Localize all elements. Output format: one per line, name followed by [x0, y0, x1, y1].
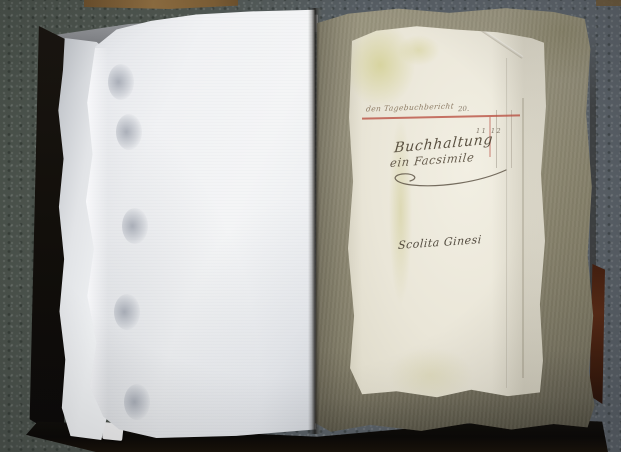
handwriting-signature: Scolita Ginesi [398, 233, 483, 252]
deckle-shadow [122, 208, 148, 244]
deckle-shadow [114, 294, 140, 330]
deckle-shadow [116, 114, 142, 150]
handwriting-header-number: 20. [458, 105, 469, 113]
ink-flourish [380, 166, 510, 192]
right-page-khaki: den Tagebuchbericht 20. 11 12 Buchhaltun… [314, 6, 596, 436]
paper-crease [522, 98, 524, 378]
photo-open-book: den Tagebuchbericht 20. 11 12 Buchhaltun… [0, 0, 621, 452]
deckle-shadow [124, 384, 150, 420]
gutter-shadow [308, 8, 322, 434]
paper-crease [506, 58, 508, 388]
wood-strip-corner [596, 0, 621, 6]
handwriting-header: den Tagebuchbericht [366, 101, 455, 113]
ruled-column-lines [496, 110, 512, 168]
pasted-manuscript-sheet: den Tagebuchbericht 20. 11 12 Buchhaltun… [346, 24, 548, 398]
deckle-shadow [108, 64, 134, 100]
